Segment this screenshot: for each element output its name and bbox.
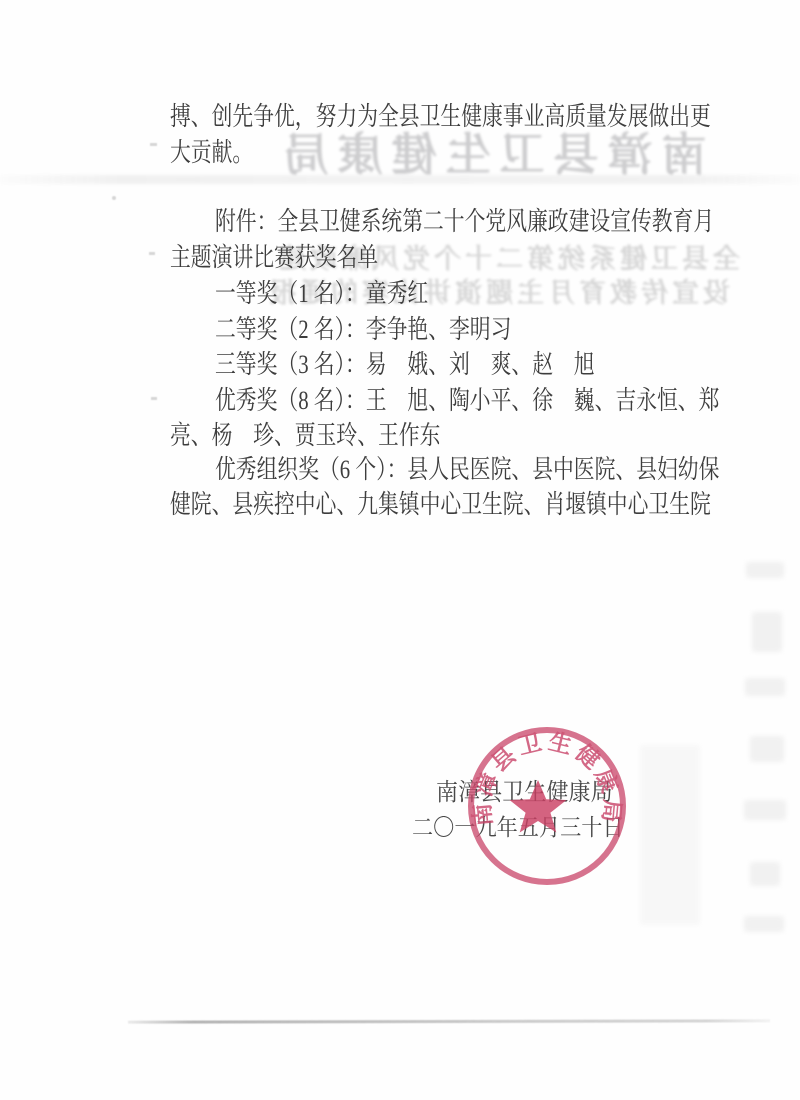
bleedthrough-smudge [752,612,782,652]
body-line: 健院、县疾控中心、九集镇中心卫生院、肖堰镇中心卫生院 [170,492,711,518]
bleedthrough-smudge [745,678,785,696]
scan-speck [112,196,116,200]
body-line-third-prize: 三等奖（3 名）：易 娥、刘 爽、赵 旭 [215,352,595,378]
bleedthrough-smudge [746,562,784,578]
bleedthrough-smudge [750,736,784,762]
official-seal: 南漳县卫生健康局 [457,717,637,897]
body-line: 主题演讲比赛获奖名单 [170,245,378,271]
bleedthrough-smudge [640,745,700,925]
body-line: 亮、杨 珍、贾玉玲、王作东 [170,423,440,449]
body-line: 搏、创先争优，努力为全县卫生健康事业高质量发展做出更 [170,104,711,130]
scan-shadow-band [0,175,800,184]
scan-fold-shadow [128,1019,770,1023]
body-line-organization-prize: 优秀组织奖（6 个）：县人民医院、县中医院、县妇幼保 [215,457,719,483]
scan-speck [150,143,157,146]
bleedthrough-smudge [744,916,784,932]
scanned-document-page: 南漳县卫生健康局 全县卫健系统第二十个党风廉政建 设宣传教育月主题演讲比赛的通报… [0,0,800,1100]
scan-speck [151,397,157,400]
body-line-first-prize: 一等奖（1 名）：童秀红 [215,281,428,307]
scan-speck [149,252,155,255]
bleedthrough-smudge [750,862,780,886]
body-line-second-prize: 二等奖（2 名）：李争艳、李明习 [215,317,511,343]
body-line-attachment-heading: 附件：全县卫健系统第二十个党风廉政建设宣传教育月 [215,209,714,235]
body-line-excellence-prize: 优秀奖（8 名）：王 旭、陶小平、徐 巍、吉永恒、郑 [215,388,719,414]
bleedthrough-smudge [744,800,786,820]
seal-star-icon [510,780,567,833]
body-line: 大贡献。 [170,140,253,166]
